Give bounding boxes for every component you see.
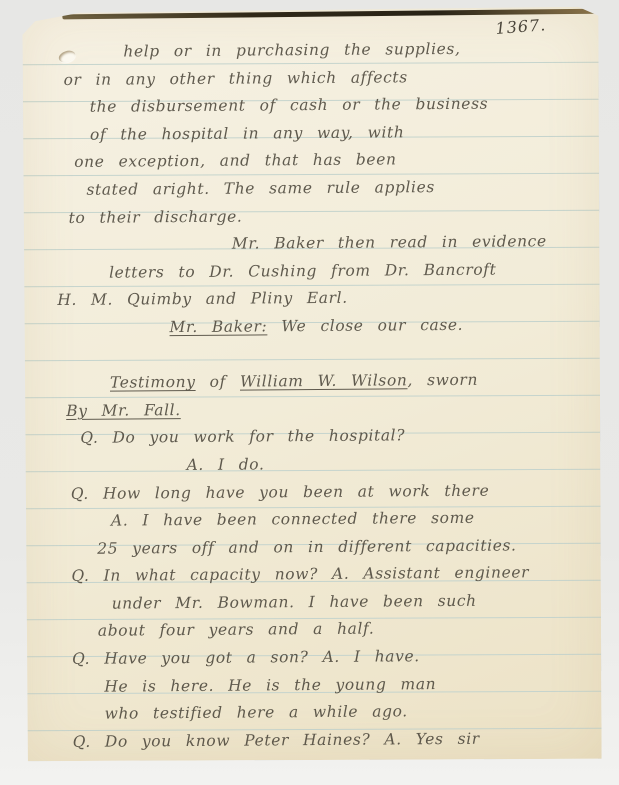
handwritten-text: A. I do.: [187, 455, 265, 474]
handwritten-text: William W. Wilson: [240, 371, 408, 390]
handwritten-text: of: [195, 373, 240, 391]
handwritten-line: the disbursement of cash or the business: [56, 90, 584, 122]
handwritten-line: By Mr. Fall.: [58, 394, 586, 426]
blank-line: [58, 338, 586, 370]
handwritten-text: letters to Dr. Cushing from Dr. Bancroft: [109, 260, 496, 281]
handwritten-text: to their discharge.: [69, 207, 243, 226]
handwritten-text: one exception, and that has been: [74, 151, 396, 172]
handwritten-line: A. I have been connected there some: [59, 504, 587, 536]
handwritten-text: Mr. Baker then read in evidence: [232, 232, 547, 252]
handwritten-line: Q. In what capacity now? A. Assistant en…: [59, 559, 587, 591]
handwritten-text: Q. Do you work for the hospital?: [80, 427, 405, 448]
handwritten-text: Q. Do you know Peter Haines? A. Yes sir: [73, 730, 480, 751]
handwritten-line: He is here. He is the young man: [60, 670, 588, 702]
handwritten-line: Q. Do you know Peter Haines? A. Yes sir: [61, 725, 589, 757]
handwritten-text: or in any other thing which affects: [63, 68, 407, 89]
handwritten-text: H. M. Quimby and Pliny Earl.: [57, 289, 348, 309]
handwritten-text: A. I have been connected there some: [111, 509, 475, 530]
handwritten-line: one exception, and that has been: [56, 145, 584, 177]
handwritten-text: help or in purchasing the supplies,: [123, 40, 460, 61]
handwritten-text: Testimony: [110, 373, 196, 392]
handwritten-text: stated aright. The same rule applies: [86, 178, 435, 199]
handwritten-line: Q. Have you got a son? A. I have.: [60, 642, 588, 674]
handwritten-line: Mr. Baker then read in evidence: [57, 228, 585, 260]
handwritten-line: H. M. Quimby and Pliny Earl.: [57, 283, 585, 315]
handwritten-line: stated aright. The same rule applies: [56, 173, 584, 205]
handwriting-lines: help or in purchasing the supplies,or in…: [55, 35, 589, 758]
handwritten-line: 25 years off and on in different capacit…: [59, 532, 587, 564]
handwritten-line: help or in purchasing the supplies,: [55, 35, 583, 67]
handwritten-text: Mr. Baker:: [169, 317, 267, 336]
handwritten-line: Q. Do you work for the hospital?: [58, 421, 586, 453]
handwritten-text: 25 years off and on in different capacit…: [97, 536, 516, 557]
handwritten-text: who testified here a while ago.: [104, 703, 407, 723]
handwritten-line: A. I do.: [58, 449, 586, 481]
handwritten-text: Q. How long have you been at work there: [71, 481, 490, 502]
scan-background: 1367. help or in purchasing the supplies…: [0, 0, 619, 785]
handwritten-text: of the hospital in any way, with: [90, 123, 405, 143]
handwritten-text: We close our case.: [267, 316, 463, 336]
handwritten-text: Q. In what capacity now? A. Assistant en…: [71, 564, 529, 586]
handwritten-text: under Mr. Bowman. I have been such: [112, 592, 477, 613]
handwritten-text: By Mr. Fall.: [66, 401, 181, 420]
handwritten-line: under Mr. Bowman. I have been such: [60, 587, 588, 619]
handwritten-line: who testified here a while ago.: [60, 697, 588, 729]
handwritten-line: Testimony of William W. Wilson, sworn: [58, 366, 586, 398]
handwritten-line: letters to Dr. Cushing from Dr. Bancroft: [57, 256, 585, 288]
handwritten-line: Mr. Baker: We close our case.: [57, 311, 585, 343]
handwritten-line: of the hospital in any way, with: [56, 118, 584, 150]
handwritten-text: the disbursement of cash or the business: [90, 95, 489, 116]
handwritten-text: about four years and a half.: [98, 620, 375, 640]
handwritten-line: to their discharge.: [57, 200, 585, 232]
handwritten-line: about four years and a half.: [60, 614, 588, 646]
handwritten-line: or in any other thing which affects: [55, 62, 583, 94]
handwritten-text: Q. Have you got a son? A. I have.: [72, 647, 420, 668]
handwritten-line: Q. How long have you been at work there: [59, 476, 587, 508]
handwritten-text: , sworn: [407, 371, 478, 390]
manuscript-page: 1367. help or in purchasing the supplies…: [22, 7, 601, 762]
handwritten-text: He is here. He is the young man: [104, 675, 436, 696]
